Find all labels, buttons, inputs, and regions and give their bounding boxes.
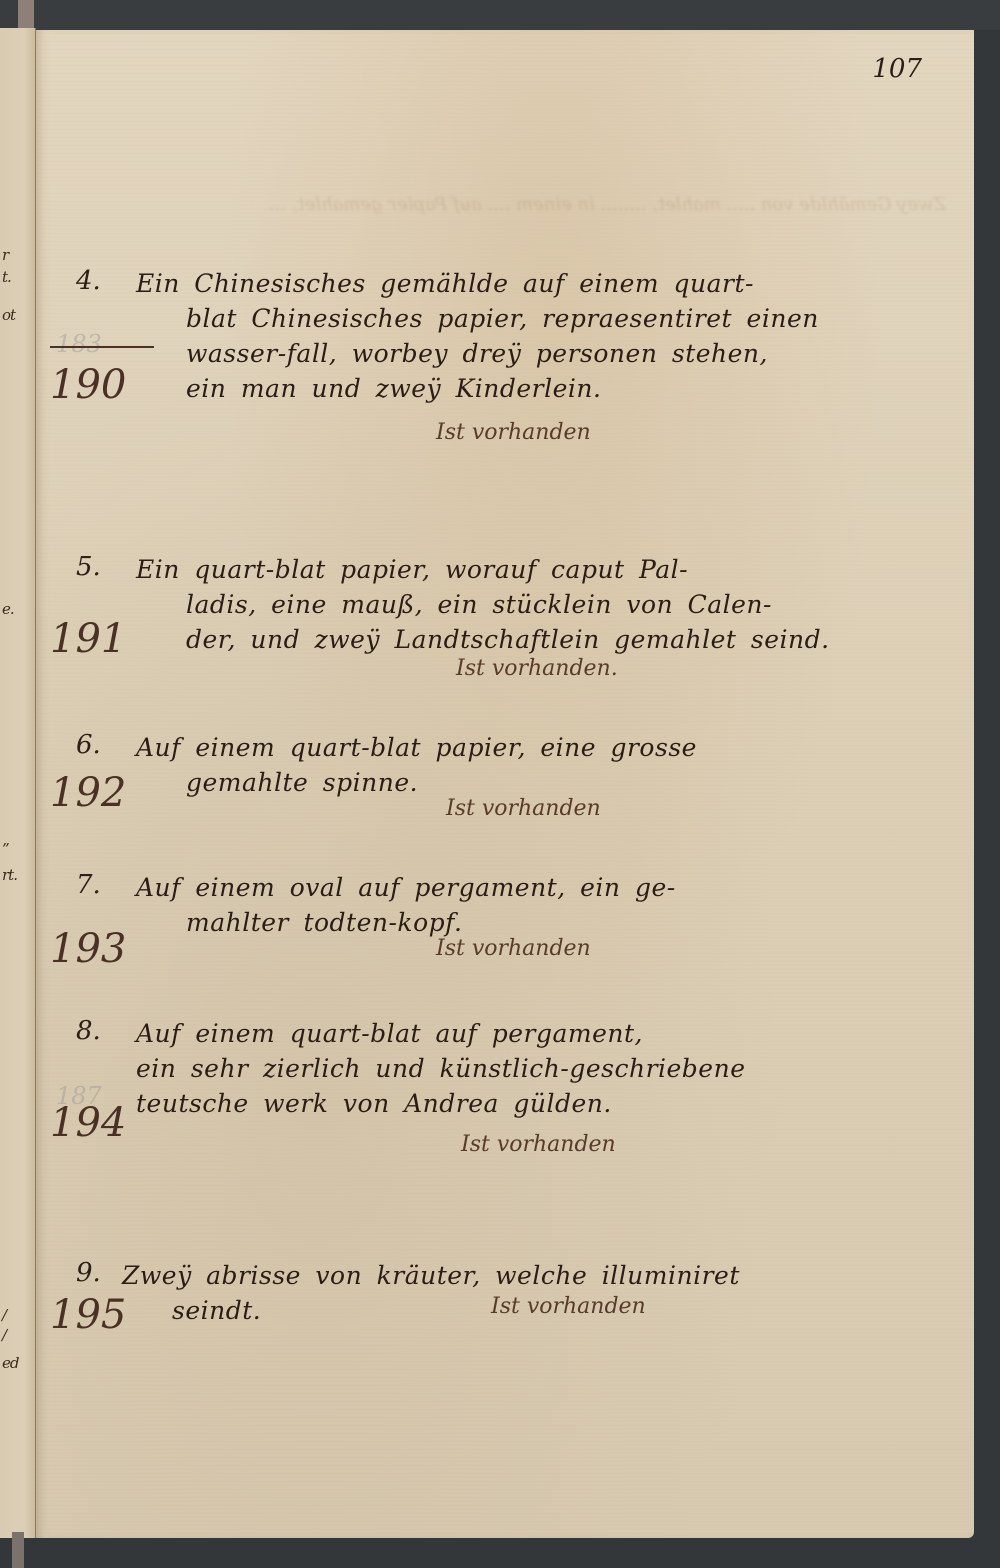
entry-number: 195 [50,1292,126,1338]
entry-index: 4. [76,266,101,296]
entry-description: Ein Chinesisches gemählde auf einem quar… [136,266,966,406]
description-line: teutsche werk von Andrea gülden. [136,1086,966,1121]
entry-number: 193 [50,926,126,972]
description-line: Auf einem oval auf pergament, ein ge- [136,870,966,905]
entry-index: 6. [76,730,101,760]
scanner-background-top [0,0,1000,30]
description-line: gemahlte spinne. [136,765,966,800]
margin-fragment: r [2,246,8,264]
manuscript-page: 107 Zwey Gemählde von ..... mahlet, ....… [36,30,974,1538]
status-annotation: Ist vorhanden. [456,656,618,681]
entry-number: 190 [50,362,126,408]
previous-page-edge: r t. ot e. ” rt. / / ed [0,28,36,1538]
entry-index: 8. [76,1016,101,1046]
description-line: Auf einem quart-blat papier, eine grosse [136,730,966,765]
margin-fragment: ” [2,840,9,858]
margin-fragment: / [2,1306,6,1324]
entry-index: 7. [76,870,101,900]
binding-spine-tab [18,0,34,30]
status-annotation: Ist vorhanden [436,936,591,961]
entry-description: Auf einem quart-blat papier, eine grosse… [136,730,966,800]
entry-number: 191 [50,616,126,662]
description-line: mahlter todten-kopf. [136,905,966,940]
entry-description: Ein quart-blat papier, worauf caput Pal-… [136,552,966,657]
description-line: Auf einem quart-blat auf pergament, [136,1016,966,1051]
description-line: ein man und zweÿ Kinderlein. [136,371,966,406]
margin-fragment: ot [2,306,15,324]
binding-spine-bottom [12,1532,24,1568]
description-line: Ein quart-blat papier, worauf caput Pal- [136,552,966,587]
entry-description: Auf einem oval auf pergament, ein ge- ma… [136,870,966,940]
margin-fragment: / [2,1326,6,1344]
description-line: blat Chinesisches papier, repraesentiret… [136,301,966,336]
description-line: wasser-fall, worbey dreÿ personen stehen… [136,336,966,371]
entry-number: 194 [50,1100,126,1146]
status-annotation: Ist vorhanden [491,1294,646,1319]
margin-fragment: ed [2,1354,18,1372]
page-number: 107 [872,54,922,84]
entry-index: 9. [76,1258,101,1288]
margin-fragment: rt. [2,866,17,884]
description-line: der, und zweÿ Landtschaftlein gemahlet s… [136,622,966,657]
status-annotation: Ist vorhanden [446,796,601,821]
description-line: Ein Chinesisches gemählde auf einem quar… [136,266,966,301]
description-line: ein sehr zierlich und künstlich-geschrie… [136,1051,966,1086]
margin-fragment: e. [2,600,14,618]
bleed-through-text: Zwey Gemählde von ..... mahlet, ........… [166,190,946,220]
description-line: Zweÿ abrisse von kräuter, welche illumin… [122,1258,952,1293]
entry-number: 192 [50,770,126,816]
status-annotation: Ist vorhanden [461,1132,616,1157]
entry-description: Auf einem quart-blat auf pergament, ein … [136,1016,966,1121]
description-line: ladis, eine mauß, ein stücklein von Cale… [136,587,966,622]
entry-index: 5. [76,552,101,582]
old-number: 183 [56,330,102,358]
margin-fragment: t. [2,268,11,286]
status-annotation: Ist vorhanden [436,420,591,445]
